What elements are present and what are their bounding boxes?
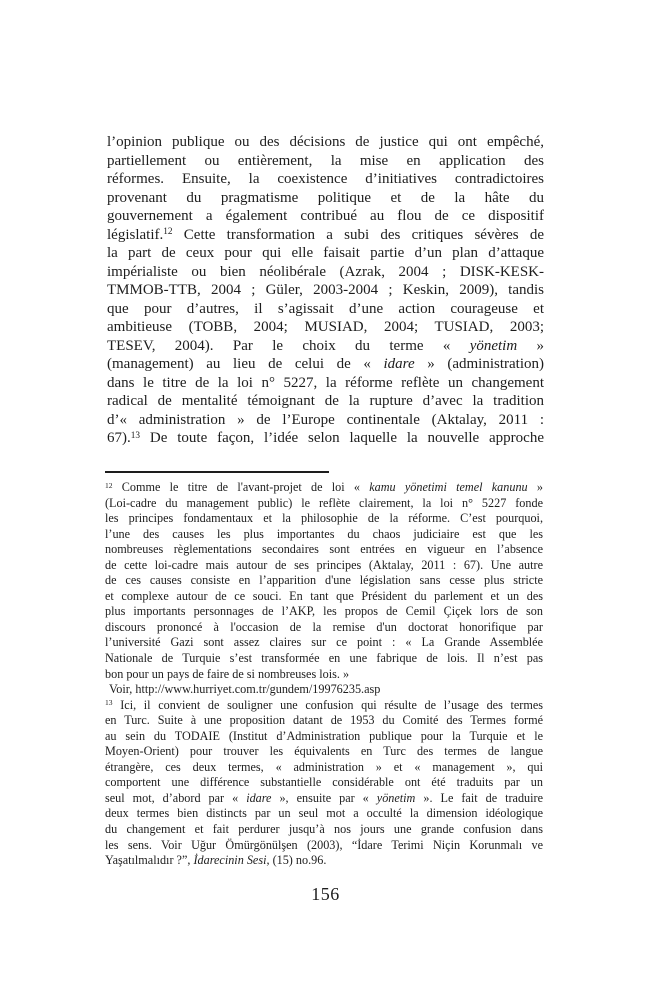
italic-run: idare (246, 791, 271, 805)
text-run: impérialiste ou bien néolibérale (Azrak,… (107, 264, 544, 280)
text-run: dans le titre de la loi n° 5227, la réfo… (107, 375, 544, 391)
text-run: de ces causes consiste en l’apparition d… (105, 573, 543, 587)
text-run: nombreuses règlementations secondaires s… (105, 542, 543, 556)
text-run: Moyen-Orient) pour trouver les équivalen… (105, 744, 543, 758)
text-line: plus importants personnages de l’AKP, le… (105, 604, 543, 620)
text-run: comportent une différence substantielle … (105, 775, 543, 789)
text-run: (15) no.96. (270, 853, 327, 867)
document-page: l’opinion publique ou des décisions de j… (0, 0, 650, 1007)
text-line: TESEV, 2004). Par le choix du terme « yö… (107, 337, 544, 356)
text-line: provenant du pragmatisme politique et de… (107, 189, 544, 208)
text-run: seul mot, d’abord par « (105, 791, 246, 805)
text-run: TESEV, 2004). Par le choix du terme « (107, 338, 470, 354)
text-line: l’une des causes les plus importantes du… (105, 527, 543, 543)
body-paragraph: l’opinion publique ou des décisions de j… (107, 133, 544, 448)
text-run: Voir, http://www.hurriyet.com.tr/gundem/… (109, 682, 380, 696)
text-line: deux termes bien distincts par un seul m… (105, 806, 543, 822)
text-run: provenant du pragmatisme politique et de… (107, 190, 544, 206)
text-run: ». Le fait de traduire (415, 791, 543, 805)
text-line: bon pour un pays de faire de si nombreus… (105, 667, 543, 683)
text-run: (Loi-cadre du management public) le refl… (105, 496, 543, 510)
italic-run: idare (384, 356, 415, 372)
text-run: discours prononcé à l'occasion de la rem… (105, 620, 543, 634)
text-line: l’opinion publique ou des décisions de j… (107, 133, 544, 152)
text-line: nombreuses règlementations secondaires s… (105, 542, 543, 558)
text-line: (management) au lieu de celui de « idare… (107, 355, 544, 374)
text-line: discours prononcé à l'occasion de la rem… (105, 620, 543, 636)
text-run: radical de mentalité témoignant de la ru… (107, 393, 544, 409)
text-run: » (517, 338, 544, 354)
text-run: » (administration) (415, 356, 544, 372)
text-line: TMMOB-TTB, 2004 ; Güler, 2003-2004 ; Kes… (107, 281, 544, 300)
text-run: l’une des causes les plus importantes du… (105, 527, 543, 541)
text-run: d’« administration » de l’Europe contine… (107, 412, 544, 428)
text-run: deux termes bien distincts par un seul m… (105, 806, 543, 820)
text-run: que pour d’autres, il s’agissait d’une a… (107, 301, 544, 317)
text-line: comportent une différence substantielle … (105, 775, 543, 791)
text-run: l’opinion publique ou des décisions de j… (107, 134, 544, 150)
text-line: gouvernement a également contribué au fl… (107, 207, 544, 226)
text-run: en Turc. Suite à une proposition datant … (105, 713, 543, 727)
text-run: » (528, 480, 543, 494)
text-run: plus importants personnages de l’AKP, le… (105, 604, 543, 618)
text-run: Nationale de Turquie s’est transformée e… (105, 651, 543, 665)
text-line: partiellement ou entièrement, la mise en… (107, 152, 544, 171)
text-run: législatif. (107, 227, 163, 243)
text-line: de cette loi-cadre mais autour de ses pr… (105, 558, 543, 574)
page-number: 156 (107, 884, 544, 905)
text-run: les principes fondamentaux et la philoso… (105, 511, 543, 525)
text-line: les principes fondamentaux et la philoso… (105, 511, 543, 527)
text-run: Comme le titre de l'avant-projet de loi … (113, 480, 370, 494)
text-line: d’« administration » de l’Europe contine… (107, 411, 544, 430)
text-line: dans le titre de la loi n° 5227, la réfo… (107, 374, 544, 393)
text-line: ambitieuse (TOBB, 2004; MUSIAD, 2004; TU… (107, 318, 544, 337)
text-line: radical de mentalité témoignant de la ru… (107, 392, 544, 411)
text-line: au sein du TODAIE (Institut d’Administra… (105, 729, 543, 745)
text-run: (management) au lieu de celui de « (107, 356, 384, 372)
text-line: Moyen-Orient) pour trouver les équivalen… (105, 744, 543, 760)
text-run: De toute façon, l’idée selon laquelle la… (140, 430, 544, 446)
text-run: réformes. Ensuite, la coexistence d’init… (107, 171, 544, 187)
italic-run: yönetim (470, 338, 517, 354)
text-line: en Turc. Suite à une proposition datant … (105, 713, 543, 729)
text-run: », ensuite par « (271, 791, 376, 805)
footnote-ref: 12 (105, 481, 113, 490)
text-line: (Loi-cadre du management public) le refl… (105, 496, 543, 512)
footnote-separator-rule (105, 471, 329, 473)
text-line: seul mot, d’abord par « idare », ensuite… (105, 791, 543, 807)
italic-run: yönetim (377, 791, 416, 805)
footnote-ref: 12 (163, 227, 172, 237)
italic-run: kamu yönetimi temel kanunu (369, 480, 527, 494)
text-line: Voir, http://www.hurriyet.com.tr/gundem/… (105, 682, 543, 698)
text-line: du changement et fait perdurer jusqu’à n… (105, 822, 543, 838)
text-run: l’université Gazi sont assez claires sur… (105, 635, 543, 649)
text-run: étrangère, ces deux termes, « administra… (105, 760, 543, 774)
text-run: et complexe autour de ce souci. En tant … (105, 589, 543, 603)
text-line: de ces causes consiste en l’apparition d… (105, 573, 543, 589)
text-line: impérialiste ou bien néolibérale (Azrak,… (107, 263, 544, 282)
text-run: 67). (107, 430, 131, 446)
text-line: 12 Comme le titre de l'avant-projet de l… (105, 480, 543, 496)
text-line: Yaşatılmalıdır ?”, İdarecinin Sesi, (15)… (105, 853, 543, 869)
text-line: et complexe autour de ce souci. En tant … (105, 589, 543, 605)
text-line: 13 Ici, il convient de souligner une con… (105, 698, 543, 714)
text-run: partiellement ou entièrement, la mise en… (107, 153, 544, 169)
footnote-ref: 13 (105, 698, 113, 707)
text-run: au sein du TODAIE (Institut d’Administra… (105, 729, 543, 743)
text-run: TMMOB-TTB, 2004 ; Güler, 2003-2004 ; Kes… (107, 282, 544, 298)
text-run: Cette transformation a subi des critique… (173, 227, 544, 243)
text-run: ambitieuse (TOBB, 2004; MUSIAD, 2004; TU… (107, 319, 544, 335)
footnotes-block: 12 Comme le titre de l'avant-projet de l… (105, 480, 543, 869)
italic-run: İdarecinin Sesi, (193, 853, 269, 867)
text-run: Ici, il convient de souligner une confus… (113, 698, 543, 712)
text-run: de cette loi-cadre mais autour de ses pr… (105, 558, 543, 572)
text-line: 67).13 De toute façon, l’idée selon laqu… (107, 429, 544, 448)
text-run: bon pour un pays de faire de si nombreus… (105, 667, 349, 681)
text-run: la part de ceux pour qui elle faisait pa… (107, 245, 544, 261)
text-line: réformes. Ensuite, la coexistence d’init… (107, 170, 544, 189)
text-line: étrangère, ces deux termes, « administra… (105, 760, 543, 776)
text-run: les sens. Voir Uğur Ömürgönülşen (2003),… (105, 838, 543, 852)
text-line: que pour d’autres, il s’agissait d’une a… (107, 300, 544, 319)
text-run: Yaşatılmalıdır ?”, (105, 853, 193, 867)
text-line: l’université Gazi sont assez claires sur… (105, 635, 543, 651)
text-line: les sens. Voir Uğur Ömürgönülşen (2003),… (105, 838, 543, 854)
text-run: du changement et fait perdurer jusqu’à n… (105, 822, 543, 836)
text-run: gouvernement a également contribué au fl… (107, 208, 544, 224)
text-line: Nationale de Turquie s’est transformée e… (105, 651, 543, 667)
footnote-ref: 13 (131, 431, 140, 441)
text-line: la part de ceux pour qui elle faisait pa… (107, 244, 544, 263)
text-line: législatif.12 Cette transformation a sub… (107, 226, 544, 245)
